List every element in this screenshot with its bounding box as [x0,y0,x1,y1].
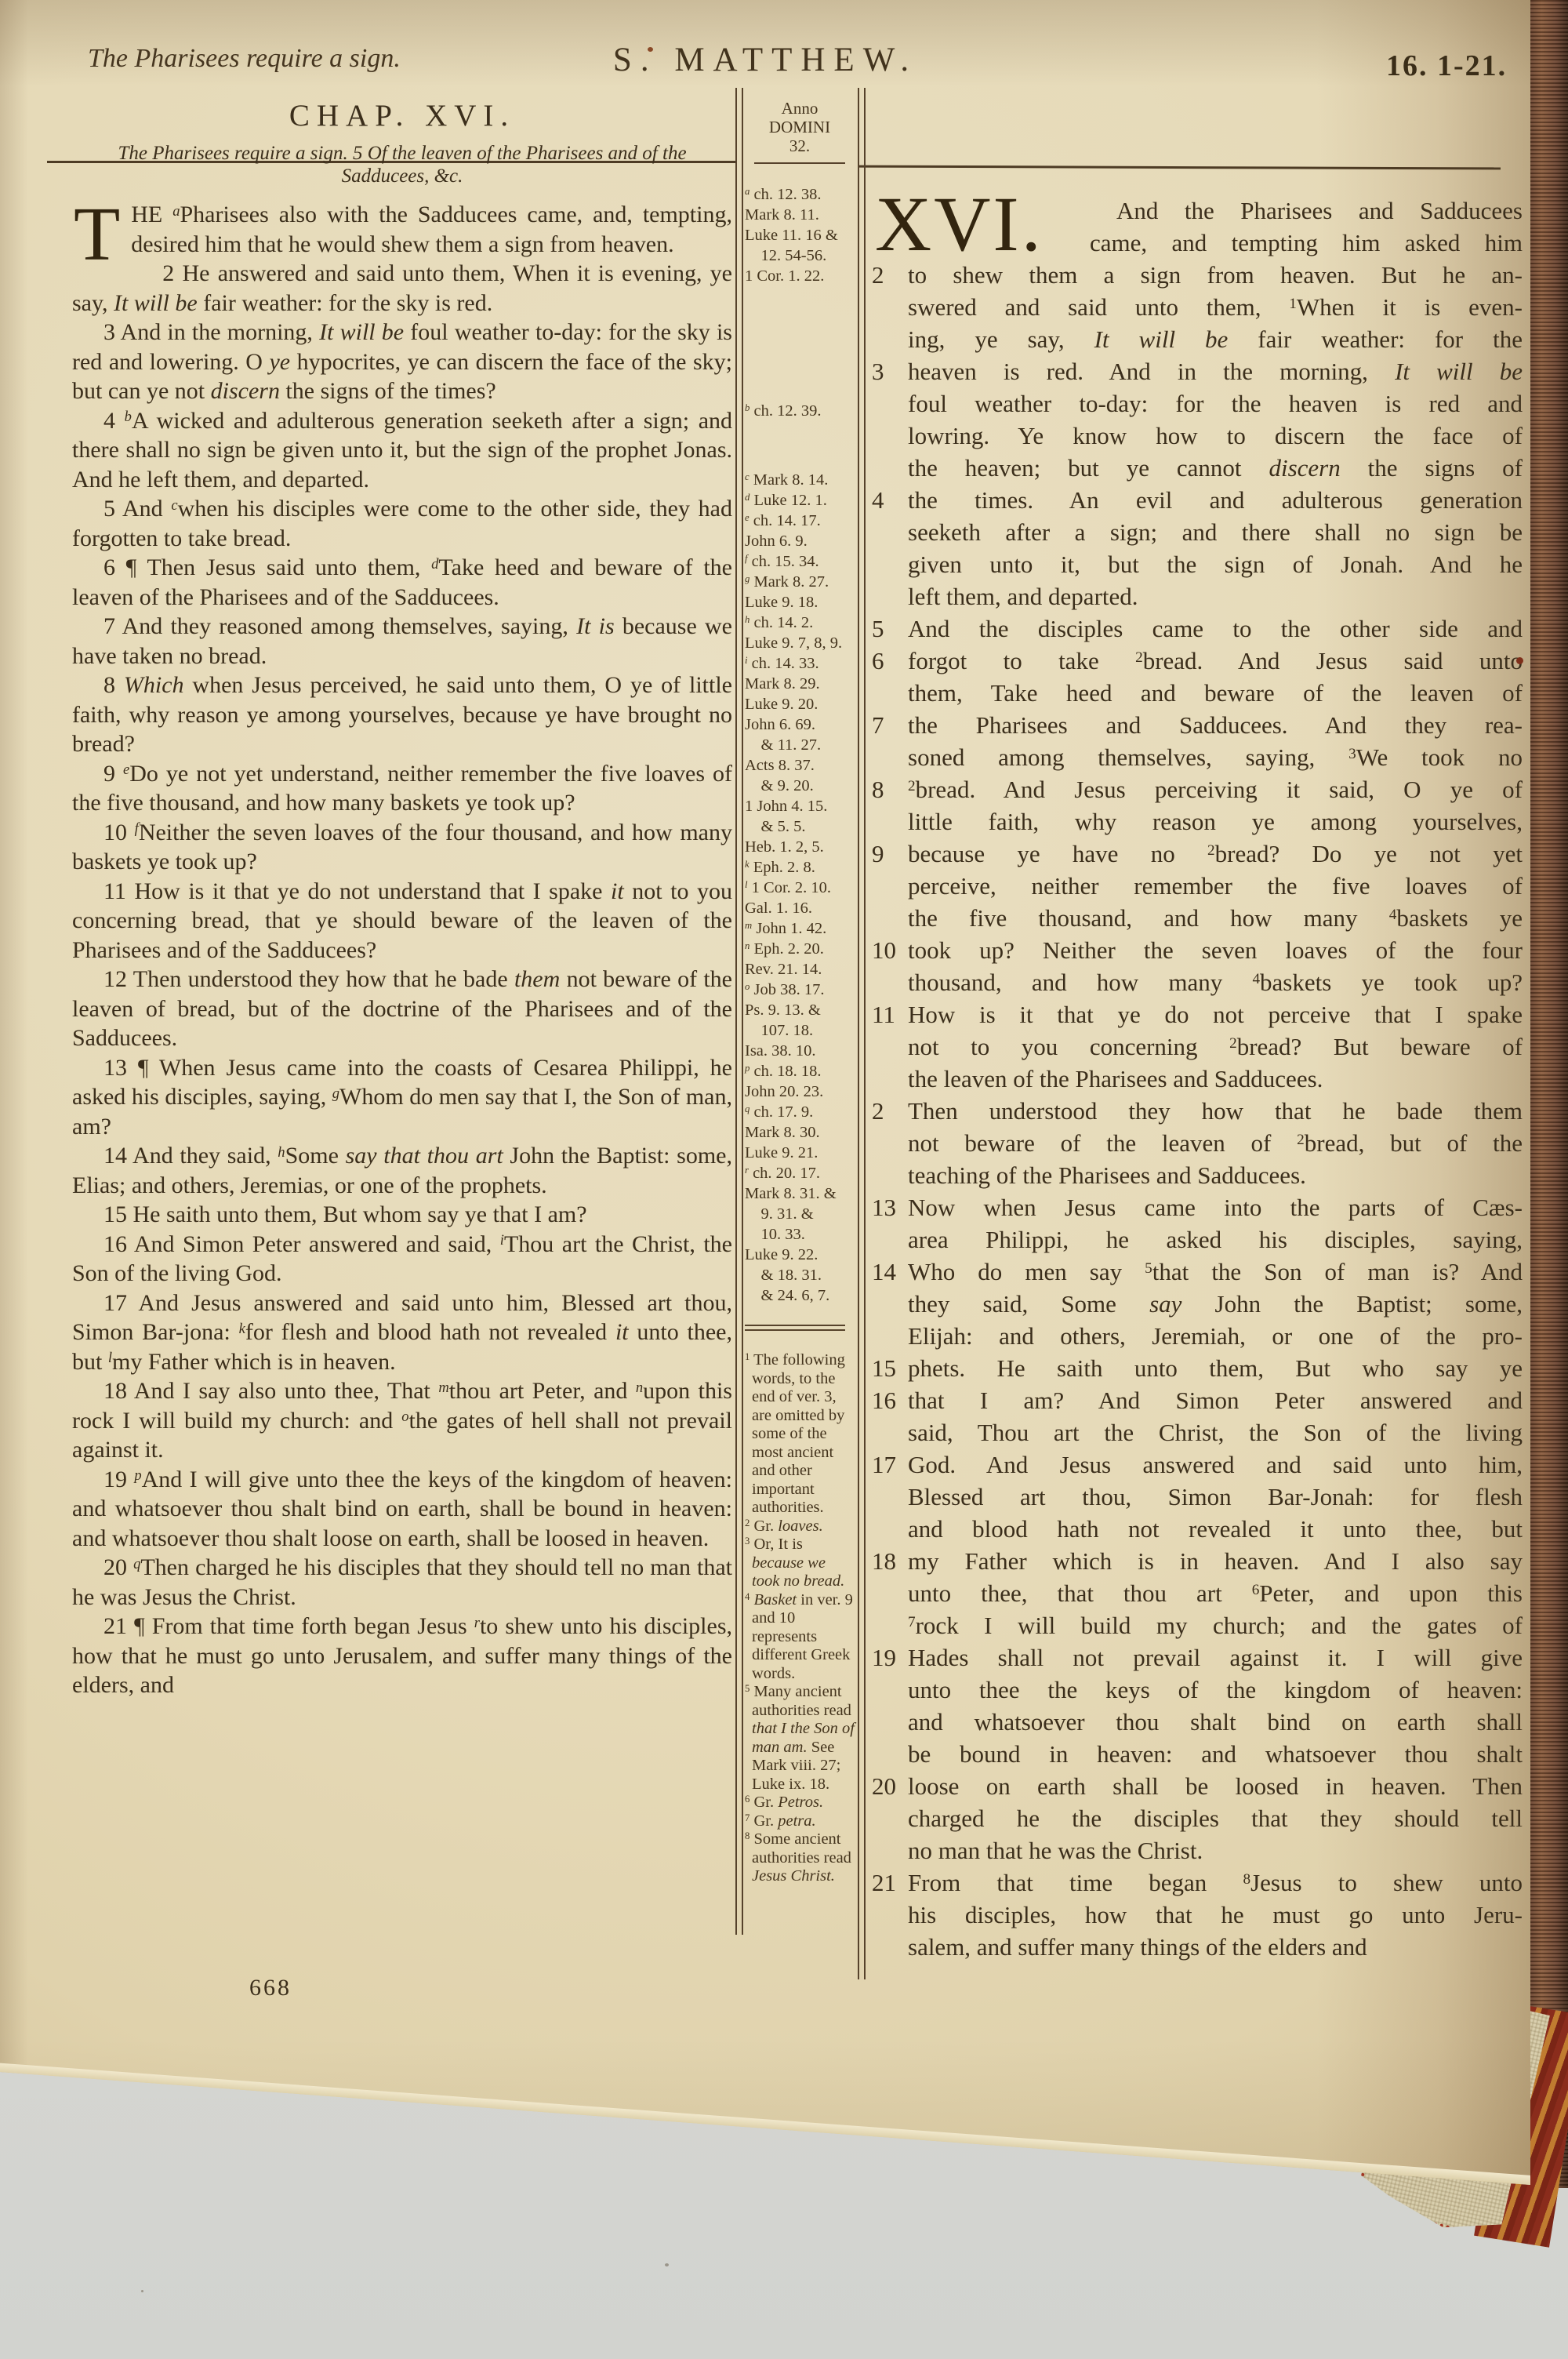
rv-verse-number [872,420,908,452]
verse-number: 21 [103,1613,127,1639]
reference-line: & 24. 6, 7. [745,1285,855,1306]
rv-line-text: swered and said unto them, 1When it is e… [908,291,1523,323]
reference-mark: q [745,1103,750,1114]
rv-line: little faith, why reason ye among yourse… [872,805,1523,838]
rv-verse-number: 17 [872,1448,908,1481]
verse-number: 12 [103,966,127,992]
reference-mark: k [239,1321,245,1337]
reference-mark: 6 [745,1794,750,1805]
reference-mark: 5 [1145,1260,1152,1277]
rv-line: 10took up? Neither the seven loaves of t… [872,934,1523,966]
rv-line: 9because ye have no 2bread? Do ye not ye… [872,838,1523,870]
rv-verse-number [872,870,908,902]
reference-mark: r [474,1615,480,1631]
rv-verse-number [872,1320,908,1352]
rv-line: charged he the disciples that they shoul… [872,1802,1523,1834]
reference-mark: c [745,471,750,482]
kjv-verse: 3 And in the morning, It will be foul we… [72,318,732,406]
rv-line: not beware of the leaven of 2bread, but … [872,1127,1523,1159]
rv-verse-number: 7 [872,709,908,741]
rv-verse-number [872,966,908,998]
reference-mark: 4 [745,1591,750,1602]
rv-verse-number [872,387,908,420]
rv-verse-number [872,741,908,773]
verse-number: 5 [103,496,115,522]
reference-mark: i [745,655,748,666]
reference-mark: i [500,1232,504,1249]
rv-line-text: Elijah: and others, Jeremiah, or one of … [908,1320,1523,1352]
reference-line: Ps. 9. 13. & [745,1000,855,1020]
rv-line: 11How is it that ye do not perceive that… [872,998,1523,1030]
column-rule [858,88,859,1979]
rv-line-text: teaching of the Pharisees and Sadducees. [908,1159,1523,1191]
rv-verse-number [872,1159,908,1191]
verse-number: 6 [103,554,115,580]
rv-verse-number: 16 [872,1384,908,1416]
rv-line-text: charged he the disciples that they shoul… [908,1802,1523,1834]
rv-line: area Philippi, he asked his disciples, s… [872,1223,1523,1256]
rv-line: swered and said unto them, 1When it is e… [872,291,1523,323]
reference-line: m John 1. 42. [745,918,855,939]
anno-line: DOMINI [745,118,855,136]
rv-verse-number [872,805,908,838]
paper-speck [1516,657,1523,664]
anno-line: Anno [745,99,855,118]
rv-line-text: the Pharisees and Sadducees. And they re… [908,709,1523,741]
rv-verse-number: 9 [872,838,908,870]
rv-verse-number [872,677,908,709]
rv-verse-number [872,1288,908,1320]
rv-line: the heaven; but ye cannot discern the si… [872,452,1523,484]
marginal-note: 8 Some ancient authorities read Jesus Ch… [745,1830,855,1886]
scanned-bible-page: The Pharisees require a sign. S. MATTHEW… [0,0,1568,2359]
reference-line: a ch. 12. 38. [745,184,855,205]
marginal-note: 7 Gr. petra. [745,1812,855,1831]
rv-line-text: given unto it, but the sign of Jonah. An… [908,548,1523,580]
reference-mark: d [745,492,750,503]
reference-line: b ch. 12. 39. [745,401,855,421]
rv-line: 6forgot to take 2bread. And Jesus said u… [872,645,1523,677]
reference-line: p ch. 18. 18. [745,1061,855,1081]
rv-verse-number [872,902,908,934]
rv-line: seeketh after a sign; and there shall no… [872,516,1523,548]
rv-verse-number [872,1513,908,1545]
rv-verse-number: 10 [872,934,908,966]
reference-line: Luke 9. 7, 8, 9. [745,633,855,653]
column-rule [864,88,866,1979]
reference-line: h ch. 14. 2. [745,612,855,633]
rv-line-text: ing, ye say, It will be fair weather: fo… [908,323,1523,355]
kjv-verse: 11 How is it that ye do not understand t… [72,877,732,965]
rv-line-text: Then understood they how that he bade th… [908,1095,1523,1127]
rv-line-text: Hades shall not prevail against it. I wi… [908,1641,1523,1674]
reference-group: c Mark 8. 14.d Luke 12. 1.e ch. 14. 17.J… [745,470,855,1306]
rv-verse-number [872,1609,908,1641]
rv-line-text: not to you concerning 2bread? But beware… [908,1030,1523,1063]
verse-number: 7 [103,613,115,639]
rv-verse-number [872,1674,908,1706]
reference-mark: p [745,1063,750,1074]
rv-verse-number [872,1577,908,1609]
verse-number: 16 [103,1231,127,1257]
rv-line: teaching of the Pharisees and Sadducees. [872,1159,1523,1191]
reference-line: 107. 18. [745,1020,855,1041]
reference-line: Luke 9. 18. [745,592,855,612]
rv-verse-number [872,291,908,323]
reference-line: Luke 9. 20. [745,694,855,714]
kjv-verse: 9 eDo ye not yet understand, neither rem… [72,759,732,818]
rv-line: 4the times. An evil and adulterous gener… [872,484,1523,516]
rv-line: 19Hades shall not prevail against it. I … [872,1641,1523,1674]
rv-verse-number: 21 [872,1866,908,1899]
verse-number: 11 [103,878,126,904]
header-rule-right [859,165,1501,170]
reference-line: Luke 11. 16 & [745,225,855,245]
rv-verse-number: 11 [872,998,908,1030]
rv-verse-number: 4 [872,484,908,516]
rv-line: thousand, and how many 4baskets ye took … [872,966,1523,998]
rv-line: 16that I am? And Simon Peter answered an… [872,1384,1523,1416]
marginal-note: 4 Basket in ver. 9 and 10 represents dif… [745,1591,855,1684]
reference-line: i ch. 14. 33. [745,653,855,674]
rv-verse-number: 3 [872,355,908,387]
kjv-verse: 10 fNeither the seven loaves of the four… [72,818,732,877]
reference-mark: m [745,920,752,931]
verse-number: 13 [103,1055,127,1081]
reference-mark: 1 [745,1351,750,1362]
rv-line: 20loose on earth shall be loosed in heav… [872,1770,1523,1802]
rv-line-text: because ye have no 2bread? Do ye not yet [908,838,1523,870]
reference-mark: 2 [1207,842,1215,859]
reference-mark: g [332,1085,339,1102]
reference-line: & 9. 20. [745,776,855,796]
rv-line: 5And the disciples came to the other sid… [872,612,1523,645]
reference-line: Luke 9. 22. [745,1245,855,1265]
reference-mark: 2 [1297,1132,1305,1148]
rv-verse-number [872,1899,908,1931]
rv-verse-number [872,452,908,484]
rv-verse-number: 6 [872,645,908,677]
reference-mark: 2 [745,1518,750,1528]
paper-speck [648,47,653,52]
kjv-verse: 21 ¶ From that time forth began Jesus rt… [72,1612,732,1700]
reference-mark: 8 [745,1830,750,1841]
reference-mark: b [125,409,132,425]
reference-mark: 2 [908,778,916,794]
notes-divider-rule [745,1325,845,1331]
reference-mark: l [108,1350,112,1366]
reference-line: Isa. 38. 10. [745,1041,855,1061]
reference-group: a ch. 12. 38.Mark 8. 11.Luke 11. 16 & 12… [745,184,855,286]
rv-line-text: his disciples, how that he must go unto … [908,1899,1523,1931]
reference-mark: b [745,402,750,413]
rv-line-text: the five thousand, and how many 4baskets… [908,902,1523,934]
rv-line: Elijah: and others, Jeremiah, or one of … [872,1320,1523,1352]
reference-line: 9. 31. & [745,1204,855,1224]
reference-line: Acts 8. 37. [745,755,855,776]
rv-line-text: the times. An evil and adulterous genera… [908,484,1523,516]
rv-line: given unto it, but the sign of Jonah. An… [872,548,1523,580]
rv-verse-number [872,1223,908,1256]
kjv-column: CHAP. XVI. The Pharisees require a sign.… [72,100,732,1700]
reference-mark: c [171,497,177,514]
kjv-verse: THE aPharisees also with the Sadducees c… [72,200,732,259]
kjv-verse: 12 Then understood they how that he bade… [72,965,732,1053]
rv-line-text: thousand, and how many 4baskets ye took … [908,966,1523,998]
rv-verse-number: 13 [872,1191,908,1223]
reference-line: 10. 33. [745,1224,855,1245]
reference-line: John 6. 69. [745,714,855,735]
marginal-note: 1 The following words, to the end of ver… [745,1351,855,1518]
kjv-verse: 20 qThen charged he his disciples that t… [72,1553,732,1612]
reference-mark: l [745,879,748,890]
kjv-verse: 18 And I say also unto thee, That mthou … [72,1376,732,1465]
reference-line: John 6. 9. [745,531,855,551]
kjv-verse: 13 ¶ When Jesus came into the coasts of … [72,1053,732,1142]
chapter-summary: The Pharisees require a sign. 5 Of the l… [72,142,732,187]
rv-line: no man that he was the Christ. [872,1834,1523,1866]
rv-line: 18my Father which is in heaven. And I al… [872,1545,1523,1577]
rv-line: 2Then understood they how that he bade t… [872,1095,1523,1127]
reference-mark: 5 [745,1683,750,1694]
book-fore-edge [1527,0,1568,2188]
rv-verse-number [872,1030,908,1063]
reference-line: g Mark 8. 27. [745,572,855,592]
cross-references: a ch. 12. 38.Mark 8. 11.Luke 11. 16 & 12… [745,184,855,1306]
rv-line-text: 7rock I will build my church; and the ga… [908,1609,1523,1641]
rv-verse-number [872,1127,908,1159]
kjv-verses: THE aPharisees also with the Sadducees c… [72,200,732,1700]
dust-speck [665,2263,669,2266]
rv-line: 7rock I will build my church; and the ga… [872,1609,1523,1641]
rv-line-text: and blood hath not revealed it unto thee… [908,1513,1523,1545]
rv-line: foul weather to-day: for the heaven is r… [872,387,1523,420]
reference-mark: o [401,1408,408,1425]
reference-mark: n [745,940,750,951]
rv-line: be bound in heaven: and whatsoever thou … [872,1738,1523,1770]
rv-line-text: little faith, why reason ye among yourse… [908,805,1523,838]
rv-line: his disciples, how that he must go unto … [872,1899,1523,1931]
rv-line: perceive, neither remember the five loav… [872,870,1523,902]
reference-mark: 1 [1289,296,1297,312]
rv-verse-number [872,516,908,548]
verse-number: 20 [103,1554,127,1580]
reference-mark: 4 [1252,971,1260,987]
reference-line: d Luke 12. 1. [745,490,855,511]
rv-line: soned among themselves, saying, 3We took… [872,741,1523,773]
rv-verse-number: 20 [872,1770,908,1802]
reference-mark: r [745,1165,749,1176]
rv-line: them, Take heed and beware of the leaven… [872,677,1523,709]
rv-line-text: took up? Neither the seven loaves of the… [908,934,1523,966]
rv-line-text: they said, Some say John the Baptist; so… [908,1288,1523,1320]
page: The Pharisees require a sign. S. MATTHEW… [0,0,1530,2196]
reference-line: Mark 8. 31. & [745,1183,855,1204]
reference-mark: 4 [1389,907,1397,923]
reference-mark: a [172,203,180,220]
anno-rule [754,162,845,164]
reference-line: & 5. 5. [745,816,855,837]
rv-line-text: my Father which is in heaven. And I also… [908,1545,1523,1577]
rv-line-text: foul weather to-day: for the heaven is r… [908,387,1523,420]
reference-line: Mark 8. 29. [745,674,855,694]
rv-line: 13Now when Jesus came into the parts of … [872,1191,1523,1223]
rv-verse-number [872,1834,908,1866]
reference-line: q ch. 17. 9. [745,1102,855,1122]
verse-number: 17 [103,1290,127,1316]
reference-mark: e [123,761,129,778]
reference-mark: 7 [745,1812,750,1823]
rv-verse-number [872,1738,908,1770]
verse-number: 9 [103,761,115,787]
rv-line: 17God. And Jesus answered and said unto … [872,1448,1523,1481]
reference-mark: e [745,512,750,523]
rv-verse-number: 19 [872,1641,908,1674]
rv-line-text: unto thee the keys of the kingdom of hea… [908,1674,1523,1706]
kjv-verse: 16 And Simon Peter answered and said, iT… [72,1230,732,1289]
reference-mark: p [134,1467,141,1484]
reference-line: e ch. 14. 17. [745,511,855,531]
verse-number: 2 [162,260,174,286]
rv-line-text: lowring. Ye know how to discern the face… [908,420,1523,452]
verse-number: 15 [103,1201,127,1227]
reference-line: Gal. 1. 16. [745,898,855,918]
chapter-heading: CHAP. XVI. [72,100,732,131]
kjv-verse: 5 And cwhen his disciples were come to t… [72,494,732,553]
rv-line: Blessed art thou, Simon Bar-Jonah: for f… [872,1481,1523,1513]
rv-chapter-numeral: XVI. [875,185,1044,264]
kjv-verse: 8 Which when Jesus perceived, he said un… [72,671,732,759]
rv-line: the leaven of the Pharisees and Sadducee… [872,1063,1523,1095]
rv-line-text: soned among themselves, saying, 3We took… [908,741,1523,773]
running-head-verse-range: 16. 1-21. [1386,49,1507,83]
rv-line: unto thee the keys of the kingdom of hea… [872,1674,1523,1706]
rv-line-text: phets. He saith unto them, But who say y… [908,1352,1523,1384]
rv-line: and blood hath not revealed it unto thee… [872,1513,1523,1545]
reference-mark: h [278,1144,285,1161]
reference-mark: 7 [908,1614,916,1630]
reference-mark: n [636,1379,643,1396]
rv-line-text: said, Thou art the Christ, the Son of th… [908,1416,1523,1448]
running-head-title: S. MATTHEW. [0,41,1530,79]
rv-line-text: area Philippi, he asked his disciples, s… [908,1223,1523,1256]
rv-verse-number: 14 [872,1256,908,1288]
rv-line-text: God. And Jesus answered and said unto hi… [908,1448,1523,1481]
verse-number: 8 [103,672,115,698]
rv-verse-number: 8 [872,773,908,805]
reference-line: n Eph. 2. 20. [745,939,855,959]
rv-verse-number [872,323,908,355]
reference-mark: q [133,1556,140,1572]
anno-line: 32. [745,136,855,155]
rv-verse-number [872,1481,908,1513]
rv-line-text: loose on earth shall be loosed in heaven… [908,1770,1523,1802]
kjv-verse: 15 He saith unto them, But whom say ye t… [72,1200,732,1230]
rv-line-text: And the disciples came to the other side… [908,612,1523,645]
anno-domini: Anno DOMINI 32. [745,99,855,164]
rv-verse-number [872,548,908,580]
marginal-note: 3 Or, It is because we took no bread. [745,1536,855,1591]
reference-line: r ch. 20. 17. [745,1163,855,1183]
reference-mark: 6 [1252,1582,1260,1598]
verse-number: 10 [103,820,127,845]
reference-mark: 2 [1229,1035,1237,1052]
rv-line-text: 2bread. And Jesus perceiving it said, O … [908,773,1523,805]
reference-line: 1 Cor. 1. 22. [745,266,855,286]
reference-mark: f [135,820,139,837]
rv-line-text: them, Take heed and beware of the leaven… [908,677,1523,709]
reference-line: 1 John 4. 15. [745,796,855,816]
reference-mark: 3 [745,1536,750,1547]
reference-line: f ch. 15. 34. [745,551,855,572]
reference-mark: 2 [1135,649,1143,666]
kjv-verse: 14 And they said, hSome say that thou ar… [72,1141,732,1200]
rv-line-text: unto thee, that thou art 6Peter, and upo… [908,1577,1523,1609]
reference-mark: f [745,553,748,564]
rv-verse-number [872,1931,908,1963]
rv-line: not to you concerning 2bread? But beware… [872,1030,1523,1063]
rv-line: and whatsoever thou shalt bind on earth … [872,1706,1523,1738]
reference-mark: m [438,1379,448,1396]
rv-verse-number: 2 [872,1095,908,1127]
marginal-note: 6 Gr. Petros. [745,1794,855,1812]
rv-line-text: no man that he was the Christ. [908,1834,1523,1866]
rv-line-text: and whatsoever thou shalt bind on earth … [908,1706,1523,1738]
rv-line-text: From that time began 8Jesus to shew unto [908,1866,1523,1899]
annotation-column: Anno DOMINI 32. a ch. 12. 38.Mark 8. 11.… [745,99,855,1886]
reference-mark: 3 [1348,746,1356,762]
rv-line: said, Thou art the Christ, the Son of th… [872,1416,1523,1448]
rv-line-text: seeketh after a sign; and there shall no… [908,516,1523,548]
rv-line: the five thousand, and how many 4baskets… [872,902,1523,934]
rv-verses: And the Pharisees and Sadduceescame, and… [872,194,1523,1963]
marginal-note: 5 Many ancient authorities read that I t… [745,1683,855,1794]
rv-line-text: the heaven; but ye cannot discern the si… [908,452,1523,484]
rv-line-text: salem, and suffer many things of the eld… [908,1931,1523,1963]
rv-line: 7the Pharisees and Sadducees. And they r… [872,709,1523,741]
reference-line: 12. 54-56. [745,245,855,266]
rv-line: left them, and departed. [872,580,1523,612]
verse-number: 14 [103,1143,127,1169]
rv-verse-number [872,1802,908,1834]
rv-line-text: be bound in heaven: and whatsoever thou … [908,1738,1523,1770]
rv-line-text: left them, and departed. [908,580,1523,612]
rv-line: 82bread. And Jesus perceiving it said, O… [872,773,1523,805]
rv-line: lowring. Ye know how to discern the face… [872,420,1523,452]
reference-group: b ch. 12. 39. [745,401,855,421]
rv-line-text: that I am? And Simon Peter answered and [908,1384,1523,1416]
rv-line: salem, and suffer many things of the eld… [872,1931,1523,1963]
reference-line: Mark 8. 30. [745,1122,855,1143]
verse-number: 3 [103,319,115,345]
rv-column: XVI. And the Pharisees and Sadduceescame… [872,194,1523,1963]
rv-line: 15phets. He saith unto them, But who say… [872,1352,1523,1384]
reference-line: Luke 9. 21. [745,1143,855,1163]
reference-mark: k [745,859,750,870]
kjv-verse: 17 And Jesus answered and said unto him,… [72,1289,732,1377]
reference-mark: h [745,614,750,625]
reference-line: & 18. 31. [745,1265,855,1285]
reference-mark: g [745,573,750,584]
rv-verse-number: 18 [872,1545,908,1577]
rv-line-text: not beware of the leaven of 2bread, but … [908,1127,1523,1159]
marginal-notes: 1 The following words, to the end of ver… [745,1351,855,1886]
reference-mark: a [745,186,750,197]
rv-line: ing, ye say, It will be fair weather: fo… [872,323,1523,355]
reference-line: Rev. 21. 14. [745,959,855,980]
reference-line: k Eph. 2. 8. [745,857,855,878]
reference-line: c Mark 8. 14. [745,470,855,490]
